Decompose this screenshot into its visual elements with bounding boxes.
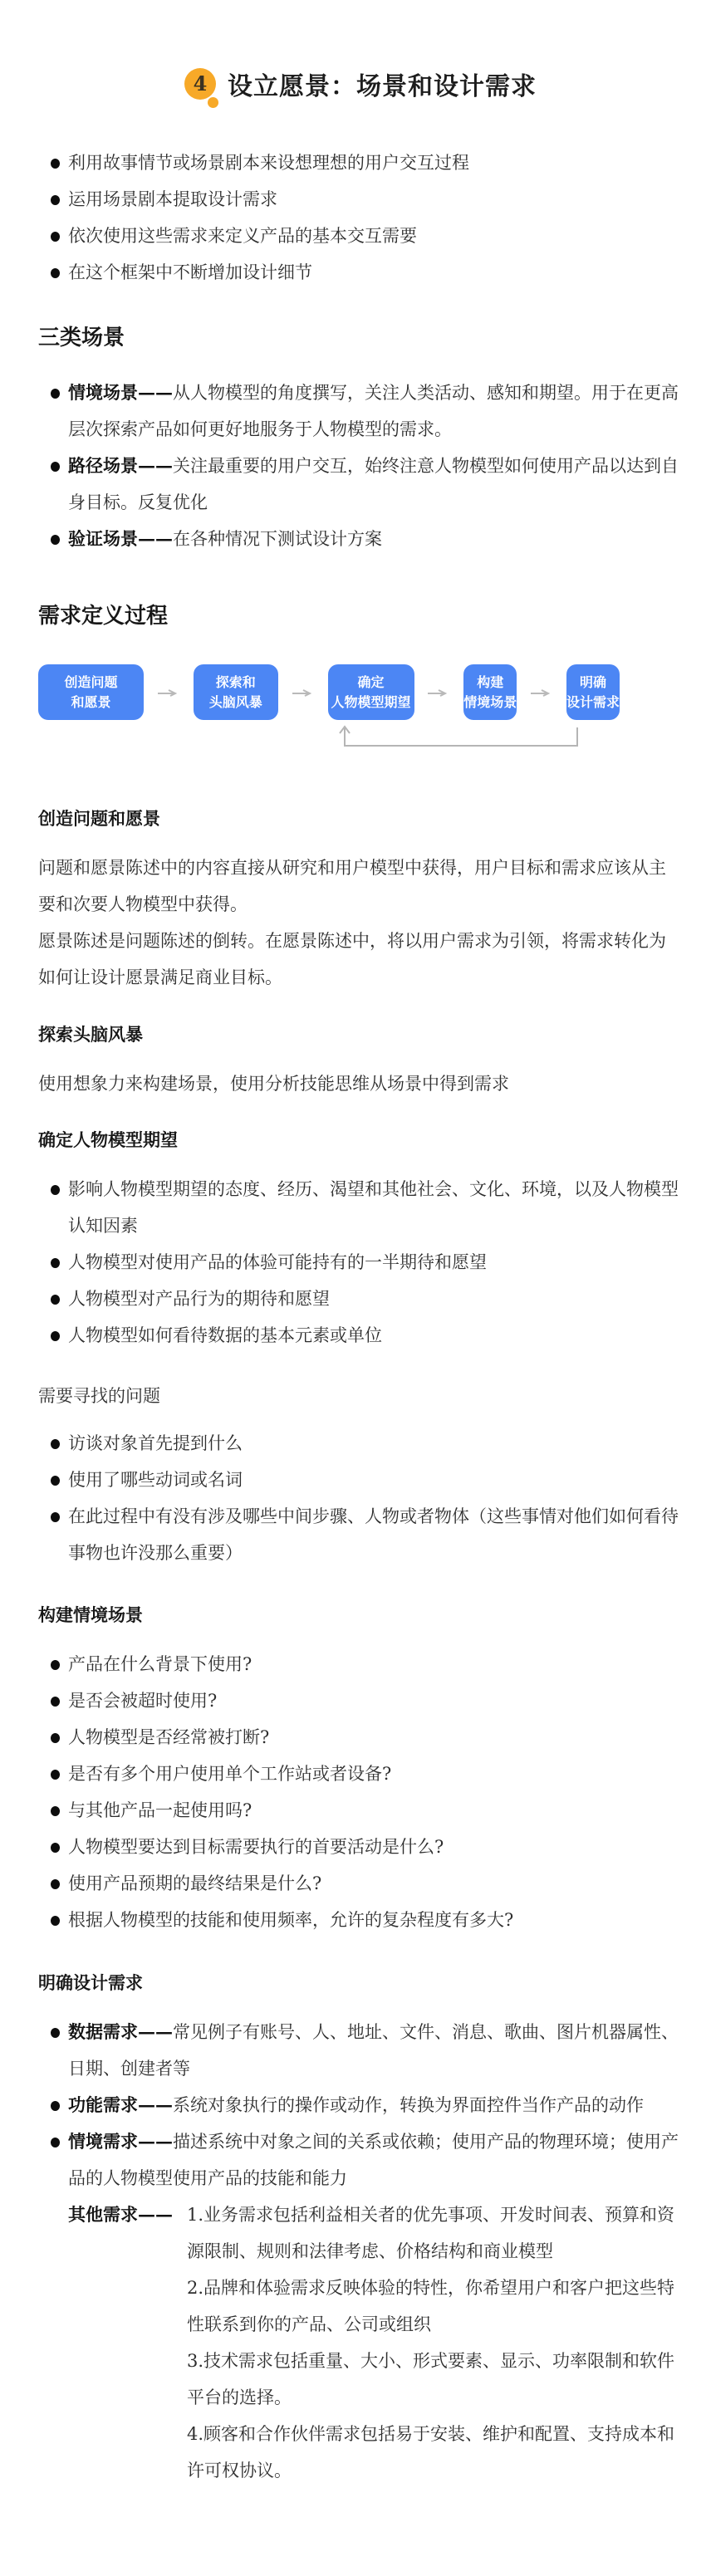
title-row: 4 设立愿景：场景和设计需求: [38, 65, 683, 103]
list-item: 情境需求——描述系统中对象之间的关系或依赖；使用产品的物理环境；使用产品的人物模…: [38, 2123, 683, 2196]
arrow-right-icon: [517, 688, 566, 698]
list-item: 利用故事情节或场景剧本来设想理想的用户交互过程: [38, 144, 683, 181]
term-label: 验证场景——: [68, 528, 173, 549]
term-label: 路径场景——: [68, 455, 173, 476]
chapter-number: 4: [194, 74, 208, 94]
term-text: 系统对象执行的操作或动作，转换为界面控件当作产品的动作: [173, 2095, 644, 2115]
section-heading-process: 需求定义过程: [38, 598, 683, 634]
context-scenarios-list: 产品在什么背景下使用? 是否会被超时使用? 人物模型是否经常被打断? 是否有多个…: [38, 1646, 683, 1938]
flow-step-label: 创造问题: [64, 673, 117, 693]
flow-step-create-problem: 创造问题 和愿景: [38, 664, 144, 720]
numbered-item: 3.技术需求包括重量、大小、形式要素、显示、功率限制和软件平台的选择。: [187, 2343, 683, 2416]
term-label: 情境场景——: [68, 382, 173, 403]
list-item: 功能需求——系统对象执行的操作或动作，转换为界面控件当作产品的动作: [38, 2087, 683, 2123]
list-item: 是否会被超时使用?: [38, 1682, 683, 1719]
flow-row: 创造问题 和愿景 探索和 头脑风暴 确定 人物模型期望 构建 情境: [38, 664, 620, 720]
chapter-number-badge: 4: [184, 68, 216, 100]
subheading-questions-to-find: 需要寻找的问题: [38, 1378, 683, 1414]
scene-types-list: 情境场景——从人物模型的角度撰写，关注人类活动、感知和期望。用于在更高层次探索产…: [38, 375, 683, 557]
term-label: 其他需求——: [68, 2196, 187, 2489]
flow-step-context-scenarios: 构建 情境场景: [463, 664, 517, 720]
arrow-right-icon: [414, 688, 464, 698]
list-item: 人物模型如何看待数据的基本元素或单位: [38, 1317, 683, 1354]
list-item: 根据人物模型的技能和使用频率，允许的复杂程度有多大?: [38, 1902, 683, 1938]
list-item: 在这个框架中不断增加设计细节: [38, 254, 683, 291]
flow-step-label: 构建: [477, 673, 503, 693]
intro-list: 利用故事情节或场景剧本来设想理想的用户交互过程 运用场景剧本提取设计需求 依次使…: [38, 144, 683, 291]
requirements-list: 数据需求——常见例子有账号、人、地址、文件、消息、歌曲、图片机器属性、日期、创建…: [38, 2014, 683, 2196]
list-item: 人物模型是否经常被打断?: [38, 1719, 683, 1756]
term-label: 情境需求——: [68, 2131, 173, 2152]
numbered-item: 1.业务需求包括利益相关者的优先事项、开发时间表、预算和资源限制、规则和法律考虑…: [187, 2196, 683, 2270]
badge-dot-icon: [208, 97, 218, 108]
flow-step-label: 情境场景: [463, 693, 517, 713]
arrow-right-icon: [144, 688, 194, 698]
list-item: 路径场景——关注最重要的用户交互，始终注意人物模型如何使用产品以达到自身目标。反…: [38, 448, 683, 521]
term-label: 数据需求——: [68, 2021, 173, 2042]
flow-step-label: 和愿景: [71, 693, 110, 713]
page-title: 设立愿景：场景和设计需求: [228, 66, 537, 102]
term-label: 功能需求——: [68, 2094, 173, 2115]
list-item: 情境场景——从人物模型的角度撰写，关注人类活动、感知和期望。用于在更高层次探索产…: [38, 375, 683, 448]
flow-step-label: 头脑风暴: [209, 693, 262, 713]
document-page: 4 设立愿景：场景和设计需求 利用故事情节或场景剧本来设想理想的用户交互过程 运…: [0, 0, 706, 2576]
list-item: 是否有多个用户使用单个工作站或者设备?: [38, 1756, 683, 1792]
paragraph: 愿景陈述是问题陈述的倒转。在愿景陈述中，将以用户需求为引领，将需求转化为如何让设…: [38, 923, 683, 996]
list-item: 产品在什么背景下使用?: [38, 1646, 683, 1682]
section-heading-scene-types: 三类场景: [38, 320, 683, 356]
numbered-item: 2.品牌和体验需求反映体验的特性，你希望用户和客户把这些特性联系到你的产品、公司…: [187, 2270, 683, 2343]
term-text: 在各种情况下测试设计方案: [173, 529, 382, 549]
subsection-heading-expectations: 确定人物模型期望: [38, 1122, 683, 1158]
feedback-loop-arrow-icon: [38, 720, 620, 753]
list-item: 人物模型对使用产品的体验可能持有的一半期待和愿望: [38, 1244, 683, 1281]
list-item: 使用了哪些动词或名词: [38, 1462, 683, 1498]
flow-step-label: 人物模型期望: [331, 693, 410, 713]
other-requirements: 其他需求—— 1.业务需求包括利益相关者的优先事项、开发时间表、预算和资源限制、…: [38, 2196, 683, 2489]
questions-list: 访谈对象首先提到什么 使用了哪些动词或名词 在此过程中有没有涉及哪些中间步骤、人…: [38, 1425, 683, 1571]
list-item: 依次使用这些需求来定义产品的基本交互需要: [38, 218, 683, 254]
flow-step-persona-expectations: 确定 人物模型期望: [328, 664, 414, 720]
list-item: 运用场景剧本提取设计需求: [38, 181, 683, 218]
subsection-heading-design-requirements: 明确设计需求: [38, 1965, 683, 2001]
list-item: 与其他产品一起使用吗?: [38, 1792, 683, 1829]
flow-step-explore-brainstorm: 探索和 头脑风暴: [194, 664, 278, 720]
list-item: 使用产品预期的最终结果是什么?: [38, 1865, 683, 1902]
flow-step-label: 明确: [580, 673, 606, 693]
flow-step-label: 确定: [357, 673, 384, 693]
list-item: 影响人物模型期望的态度、经历、渴望和其他社会、文化、环境，以及人物模型认知因素: [38, 1171, 683, 1244]
arrow-right-icon: [278, 688, 328, 698]
list-item: 人物模型要达到目标需要执行的首要活动是什么?: [38, 1829, 683, 1865]
process-flowchart: 创造问题 和愿景 探索和 头脑风暴 确定 人物模型期望 构建 情境: [38, 664, 620, 753]
list-item: 人物模型对产品行为的期待和愿望: [38, 1281, 683, 1317]
list-item: 访谈对象首先提到什么: [38, 1425, 683, 1462]
paragraph: 问题和愿景陈述中的内容直接从研究和用户模型中获得，用户目标和需求应该从主要和次要…: [38, 850, 683, 923]
subsection-heading-context-scenarios: 构建情境场景: [38, 1597, 683, 1633]
numbered-item: 4.顾客和合作伙伴需求包括易于安装、维护和配置、支持成本和许可权协议。: [187, 2416, 683, 2489]
flow-step-label: 设计需求: [566, 693, 620, 713]
list-item: 数据需求——常见例子有账号、人、地址、文件、消息、歌曲、图片机器属性、日期、创建…: [38, 2014, 683, 2087]
other-requirements-items: 1.业务需求包括利益相关者的优先事项、开发时间表、预算和资源限制、规则和法律考虑…: [187, 2196, 683, 2489]
list-item: 在此过程中有没有涉及哪些中间步骤、人物或者物体（这些事情对他们如何看待事物也许没…: [38, 1498, 683, 1571]
subsection-heading-create-problem: 创造问题和愿景: [38, 801, 683, 837]
flow-step-design-requirements: 明确 设计需求: [566, 664, 620, 720]
flow-step-label: 探索和: [216, 673, 256, 693]
subsection-heading-brainstorm: 探索头脑风暴: [38, 1016, 683, 1053]
list-item: 验证场景——在各种情况下测试设计方案: [38, 521, 683, 557]
paragraph: 使用想象力来构建场景，使用分析技能思维从场景中得到需求: [38, 1065, 683, 1102]
expectations-list: 影响人物模型期望的态度、经历、渴望和其他社会、文化、环境，以及人物模型认知因素 …: [38, 1171, 683, 1354]
